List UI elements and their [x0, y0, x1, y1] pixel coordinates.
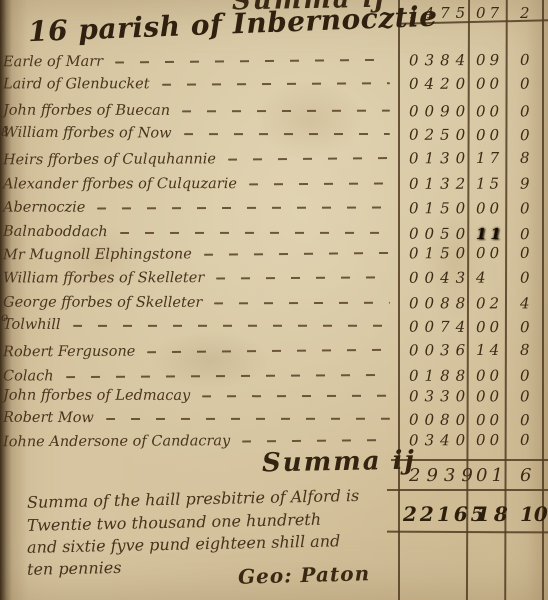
ledger-row: Laird of Glenbucket0420000: [0, 72, 548, 96]
entry-pence: 0: [505, 199, 548, 217]
dash-leader: [147, 349, 390, 354]
ledger-row: John fforbes of Ledmacay0330000: [0, 384, 548, 408]
entry-pence: 0: [505, 366, 548, 384]
entry-name-cell: Heirs fforbes of Culquhannie: [0, 150, 398, 168]
entry-pence: 0: [505, 74, 548, 92]
entry-name-cell: William fforbes of Skelleter: [0, 269, 398, 286]
entry-pence: 8: [505, 148, 548, 166]
entry-name: John fforbes of Buecan: [3, 102, 170, 118]
dash-leader: [66, 374, 390, 378]
ledger-row: George fforbes of Skelleter0088024: [0, 291, 548, 315]
margin-mark: o: [1, 310, 8, 324]
ledger-row: Abernoczie0150000: [0, 196, 548, 220]
entry-shillings: 11: [467, 224, 505, 242]
entry-pence: 0: [505, 102, 548, 120]
dash-leader: [73, 325, 390, 327]
entry-pence: 0: [505, 430, 548, 448]
entry-pounds: 0088: [398, 294, 467, 312]
entry-pounds: 0074: [398, 317, 467, 335]
entry-pounds: 0150: [398, 244, 467, 262]
dash-leader: [202, 395, 390, 398]
entry-pounds: 0384: [398, 51, 467, 69]
dash-leader: [97, 207, 390, 210]
summa-pounds: 2939: [398, 465, 467, 486]
entry-shillings: 00: [467, 199, 505, 217]
entry-name-cell: Mr Mugnoll Elphingstone: [0, 245, 398, 263]
dash-leader: [204, 252, 390, 256]
entry-pence: 0: [505, 318, 548, 336]
summa-pence: 6: [505, 465, 548, 486]
entry-pounds: 0150: [398, 199, 467, 217]
entry-pounds: 0420: [398, 74, 467, 92]
entry-name-cell: Earle of Marr: [0, 52, 398, 70]
summa-shillings: 01: [467, 465, 505, 486]
entry-name-cell: John fforbes of Ledmacay: [0, 387, 398, 404]
entry-name-cell: Alexander fforbes of Culquzarie: [0, 175, 398, 192]
entry-shillings: 09: [467, 50, 505, 68]
entry-pounds: 0080: [398, 410, 467, 428]
dash-leader: [120, 232, 390, 234]
entry-name-cell: Abernoczie: [0, 199, 398, 216]
dash-leader: [249, 183, 390, 186]
dash-leader: [228, 157, 390, 161]
entry-name-cell: Colach: [0, 367, 398, 384]
ledger-row: Heirs fforbes of Culquhannie0130178: [0, 146, 548, 172]
entry-name: John fforbes of Ledmacay: [3, 387, 190, 403]
entry-name: Abernoczie: [3, 199, 85, 215]
entry-name: Robert Mow: [3, 409, 94, 425]
entry-name: Robert Fergusone: [3, 343, 135, 360]
entry-pence: 0: [505, 126, 548, 144]
entry-name: Heirs fforbes of Culquhannie: [3, 151, 216, 168]
dash-leader: [214, 302, 390, 305]
carried-shillings: 07: [467, 4, 505, 22]
entry-shillings: 00: [467, 387, 505, 405]
entry-shillings: 00: [467, 430, 505, 448]
entry-name: William fforbes of Now: [3, 124, 172, 141]
entry-name: Colach: [3, 368, 54, 384]
entry-name-cell: William fforbes of Now: [0, 124, 398, 142]
dash-leader: [106, 418, 390, 420]
entry-pence: 4: [505, 294, 548, 312]
entry-name: Balnaboddach: [3, 223, 108, 239]
ledger-row: John fforbes of Buecan0090000: [0, 99, 548, 123]
entry-name: Mr Mugnoll Elphingstone: [3, 246, 192, 263]
entry-pounds: 0250: [398, 125, 467, 143]
entry-name: William fforbes of Skelleter: [3, 270, 204, 286]
signature: Geo: Paton: [238, 561, 371, 588]
dash-leader: [242, 439, 390, 443]
entry-shillings: 00: [467, 243, 505, 261]
summa-row: 2939 01 6: [0, 462, 548, 488]
ledger-row: Earle of Marr0384090: [0, 48, 548, 74]
entry-pence: 0: [505, 50, 548, 68]
entry-shillings: 00: [467, 125, 505, 143]
entry-pounds: 0188: [398, 366, 467, 384]
entry-shillings: 00: [467, 410, 505, 428]
entry-shillings: 00: [467, 74, 505, 92]
entry-name: Alexander fforbes of Culquzarie: [3, 176, 237, 192]
ledger-row: William fforbes of Now0250000: [0, 121, 548, 147]
entry-pence: 8: [505, 340, 548, 358]
entry-shillings: 00: [467, 102, 505, 120]
entry-shillings: 4: [467, 268, 505, 286]
entry-name-cell: Laird of Glenbucket: [0, 75, 398, 92]
entry-name: Iohne Andersone of Candacray: [3, 433, 230, 450]
summa-rule-bottom: [387, 489, 548, 491]
entry-shillings: 15: [467, 174, 505, 192]
entry-pounds: 0130: [398, 149, 467, 167]
entry-name: George fforbes of Skelleter: [3, 294, 202, 310]
entry-pence: 0: [505, 243, 548, 261]
entry-shillings: 00: [467, 366, 505, 384]
entry-name-cell: Robert Mow: [0, 409, 398, 427]
entry-pounds: 0132: [398, 174, 467, 192]
entry-pounds: 0090: [398, 102, 467, 120]
dash-leader: [182, 110, 390, 113]
entry-shillings: 17: [467, 148, 505, 166]
grand-total-pence: 10: [505, 502, 548, 526]
entry-shillings: 02: [467, 294, 505, 312]
entry-pounds: 0330: [398, 387, 467, 405]
ledger-row: Mr Mugnoll Elphingstone0150000: [0, 241, 548, 267]
entry-pounds: 0036: [398, 341, 467, 359]
entry-shillings: 14: [467, 340, 505, 358]
manuscript-page: Summa ij 1475 07 2 16 parish of Inbernoc…: [0, 0, 548, 600]
grand-total-shillings: 18: [467, 502, 505, 526]
entry-pence: 0: [505, 411, 548, 429]
entry-pence: 9: [505, 174, 548, 192]
entry-name-cell: Robert Fergusone: [0, 342, 398, 360]
carried-pence: 2: [505, 4, 548, 22]
ledger-row: Alexander fforbes of Culquzarie0132159: [0, 172, 548, 196]
entry-name-cell: John fforbes of Buecan: [0, 102, 398, 119]
entry-pounds: 0043: [398, 268, 467, 286]
entry-name: Earle of Marr: [3, 53, 103, 69]
dash-leader: [162, 83, 390, 87]
dash-leader: [216, 277, 390, 280]
entry-pence: 0: [505, 268, 548, 286]
ledger-row: William fforbes of Skelleter004340: [0, 266, 548, 290]
dash-leader: [184, 133, 390, 135]
entry-pence: 0: [505, 387, 548, 405]
entry-name: Tolwhill: [3, 316, 61, 332]
margin-mark: 8: [1, 125, 9, 139]
entry-name-cell: Balnaboddach: [0, 223, 398, 241]
entry-name: Laird of Glenbucket: [3, 76, 150, 92]
ledger-row: Tolwhill0074000: [0, 313, 548, 339]
entry-name-cell: George fforbes of Skelleter: [0, 294, 398, 311]
grand-total-pounds: 22165: [398, 502, 467, 526]
entry-pounds: 0050: [398, 224, 467, 242]
ledger-row: Robert Fergusone0036148: [0, 338, 548, 364]
entry-shillings: 00: [467, 317, 505, 335]
dash-leader: [115, 59, 390, 64]
entry-name-cell: Tolwhill: [0, 316, 398, 334]
